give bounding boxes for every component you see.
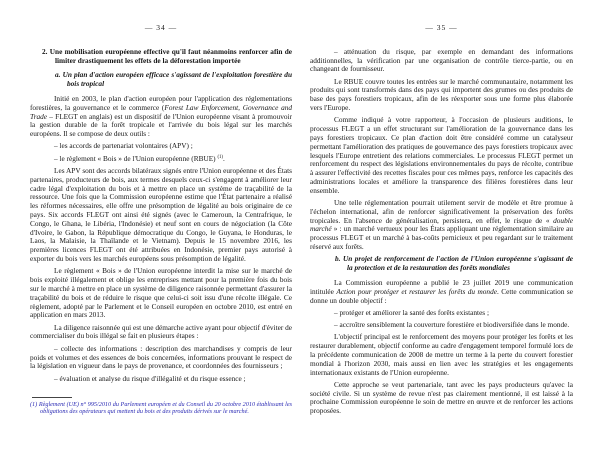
page-34: — 34 — 2. Une mobilisation européenne ef… [30,0,292,463]
footnote-separator-rule [32,397,72,398]
paragraph-approche-partenariale: Cette approche se veut partenariale, tan… [310,381,573,416]
bullet-attenuation-risque: – atténuation du risque, par exemple en … [310,48,573,74]
italic-title-segment: Action pour protéger et restaurer les fo… [336,287,497,296]
paragraph-apv-details: Les APV sont des accords bilatéraux sign… [30,167,292,264]
footnote-text: Règlement (UE) n° 995/2010 du Parlement … [37,401,292,415]
section-heading: 2. Une mobilisation européenne effective… [30,48,292,66]
paragraph-double-marche: Une telle réglementation pourrait utilem… [310,199,573,252]
footnote-1: (1) Règlement (UE) n° 995/2010 du Parlem… [30,401,292,416]
page-number-right: — 35 — [310,24,573,33]
bullet-apv: – les accords de partenariat volontaires… [30,142,292,151]
bullet-accroitre-couverture: – accroître sensiblement la couverture f… [310,321,573,330]
section-number: 2. [42,47,47,56]
bullet-evaluation-risque: – évaluation et analyse du risque d'illé… [30,375,292,384]
paragraph-segment: – FLEGT en anglais) est un dispositif de… [30,112,292,139]
subsection-heading-a: a. Un plan d'action européen efficace s'… [30,71,292,89]
subsection-heading-text: Un projet de renforcement de l'action de… [343,254,573,272]
paragraph-rapporteur-flegt: Comme indiqué à votre rapporteur, à l'oc… [310,116,573,195]
paragraph-diligence: La diligence raisonnée qui est une démar… [30,324,292,342]
bullet-text-end: . [223,154,225,163]
bullet-rbue: – le règlement « Bois » de l'Union europ… [30,155,292,164]
paragraph-segment: » : un marché vertueux pour les États ap… [310,224,573,251]
paragraph-reglement-bois: Le règlement « Bois » de l'Union europée… [30,267,292,320]
bullet-collecte-informations: – collecte des informations : descriptio… [30,345,292,371]
bullet-text: – le règlement « Bois » de l'Union europ… [54,154,216,163]
paragraph-commission-communication: La Commission européenne a publié le 23 … [310,279,573,305]
subsection-heading-text: Un plan d'action européen efficace s'agi… [63,70,292,88]
page-35: — 35 — – atténuation du risque, par exem… [310,0,573,463]
bullet-proteger-forets: – protéger et améliorer la santé des for… [310,309,573,318]
subsection-heading-b: b. Un projet de renforcement de l'action… [310,255,573,273]
page-number-left: — 34 — [30,24,292,33]
section-heading-text: Une mobilisation européenne effective qu… [50,47,292,65]
paragraph-rbue-couverture: Le RBUE couvre toutes les entrées sur le… [310,78,573,113]
subsection-letter: a. [55,70,60,79]
footnote-area: (1) Règlement (UE) n° 995/2010 du Parlem… [30,397,292,419]
paragraph-flegt-intro: Initié en 2003, le plan d'action europée… [30,95,292,139]
subsection-letter: b. [335,254,340,263]
paragraph-segment: Une telle réglementation pourrait utilem… [310,198,573,225]
paragraph-objectif-principal: L'objectif principal est le renforcement… [310,333,573,377]
